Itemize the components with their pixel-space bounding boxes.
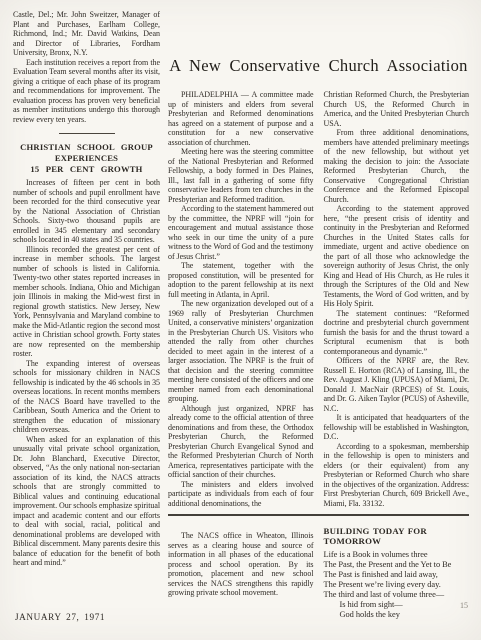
poem-line: Life is a Book in volumes three — [324, 550, 470, 560]
main-article-area: A New Conservative Church Association PH… — [168, 56, 469, 634]
paragraph: Meeting here was the steering committee … — [168, 147, 314, 204]
magazine-page: Castle, Del.; Mr. John Sweitzer, Manager… — [0, 0, 481, 640]
paragraph: Although just organized, NPRF has alread… — [168, 404, 314, 480]
paragraph: Each institution receives a report from … — [13, 58, 160, 125]
paragraph: The statement continues: “Reformed doctr… — [324, 309, 470, 357]
nacs-note-section: The NACS office in Wheaton, Illinois ser… — [168, 516, 314, 620]
article-column-right: Christian Reformed Church, the Presbyter… — [324, 90, 470, 508]
poem-line: The Present we’re living every day. — [324, 580, 470, 590]
poem-line: The Past is finished and laid away, — [324, 570, 470, 580]
section-heading-line: CHRISTIAN SCHOOL GROUP — [13, 142, 160, 153]
paragraph: The new organization developed out of a … — [168, 299, 314, 404]
paragraph: When asked for an explanation of this un… — [13, 435, 160, 568]
poem-line: The Past, the Present and the Yet to Be — [324, 560, 470, 570]
page-number: 15 — [460, 601, 468, 610]
section-heading-line: 15 PER CENT GROWTH — [13, 164, 160, 175]
paragraph: According to the statement hammered out … — [168, 204, 314, 261]
poem-heading: BUILDING TODAY FOR TOMORROW — [324, 526, 470, 546]
section-heading-line: EXPERIENCES — [13, 153, 160, 164]
paragraph: Castle, Del.; Mr. John Sweitzer, Manager… — [13, 10, 160, 58]
section-heading: CHRISTIAN SCHOOL GROUP EXPERIENCES 15 PE… — [13, 142, 160, 175]
poem-section: BUILDING TODAY FOR TOMORROW Life is a Bo… — [324, 516, 470, 620]
headline: A New Conservative Church Association — [168, 56, 469, 76]
paragraph: The NACS office in Wheaton, Illinois ser… — [168, 531, 314, 598]
paragraph: According to a spokesman, membership in … — [324, 442, 470, 509]
paragraph: Increases of fifteen per cent in both nu… — [13, 178, 160, 245]
bottom-sections: The NACS office in Wheaton, Illinois ser… — [168, 516, 469, 620]
paragraph: The expanding interest of overseas schoo… — [13, 359, 160, 435]
paragraph: PHILADELPHIA — A committee made up of mi… — [168, 90, 314, 147]
article-column-middle: PHILADELPHIA — A committee made up of mi… — [168, 90, 314, 508]
paragraph: The ministers and elders involved partic… — [168, 480, 314, 509]
poem-line: Is hid from sight— — [324, 600, 470, 610]
paragraph: Officers of the NPRF are, the Rev. Russe… — [324, 356, 470, 413]
poem-line: The third and last of volume three— — [324, 590, 470, 600]
article-columns: PHILADELPHIA — A committee made up of mi… — [168, 90, 469, 508]
paragraph: It is anticipated that headquarters of t… — [324, 413, 470, 442]
paragraph: From three additional denominations, mem… — [324, 128, 470, 204]
footer-date: JANUARY 27, 1971 — [15, 612, 105, 622]
poem-line: God holds the key — [324, 610, 470, 620]
section-divider-rule — [59, 133, 115, 134]
left-column: Castle, Del.; Mr. John Sweitzer, Manager… — [13, 10, 160, 594]
paragraph: The statement, together with the propose… — [168, 261, 314, 299]
paragraph: Christian Reformed Church, the Presbyter… — [324, 90, 470, 128]
paragraph: Illinois recorded the greatest per cent … — [13, 245, 160, 359]
paragraph: According to the statement approved here… — [324, 204, 470, 309]
